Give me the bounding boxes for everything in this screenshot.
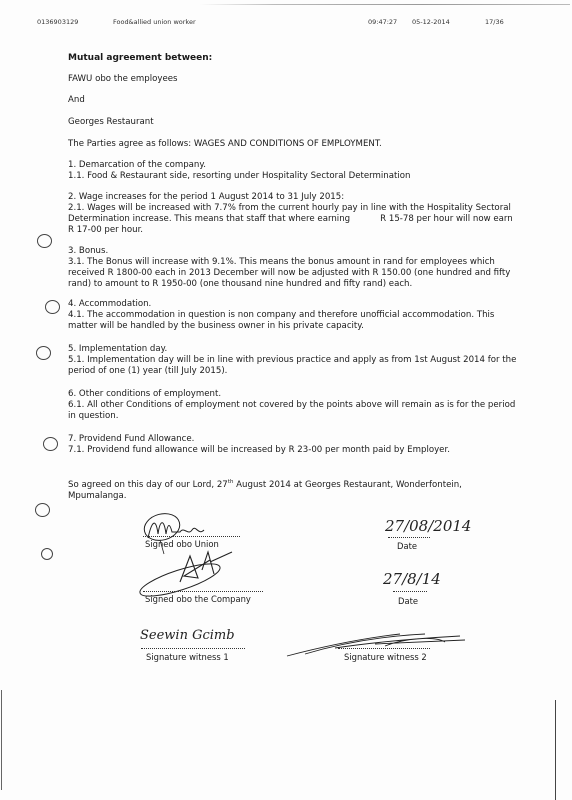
document-title: Mutual agreement between: [68,53,558,64]
witness-1-line [141,648,245,649]
fax-sender: Food&allied union worker [113,18,196,26]
section-5-heading: 5. Implementation day. [68,344,558,355]
section-2-heading: 2. Wage increases for the period 1 Augus… [68,192,558,203]
closing-statement: So agreed on this day of our Lord, 27th … [68,477,518,502]
company-signature-label: Signed obo the Company [145,594,251,604]
section-2-body: 2.1. Wages will be increased with 7.7% f… [68,203,518,237]
scan-edge-left [1,690,2,790]
section-1-body: 1.1. Food & Restaurant side, resorting u… [68,171,558,182]
punch-hole-circle [35,503,50,517]
date-line-2 [393,591,427,592]
section-3-heading: 3. Bonus. [68,246,558,257]
punch-hole-circle [37,234,52,248]
punch-hole-circle [45,300,60,314]
witness-1-handwriting: Seewin Gcimb [140,628,235,643]
handwritten-date-2: 27/8/14 [383,570,441,588]
party-1: FAWU obo the employees [68,74,558,85]
witness-1-label: Signature witness 1 [146,652,229,662]
punch-hole-circle [36,346,51,360]
date-label-2: Date [398,596,418,606]
handwritten-date-1: 27/08/2014 [385,517,471,535]
fax-header: 0136903129 Food&allied union worker 09:4… [0,15,572,29]
witness-2-line [338,648,430,649]
date-label-1: Date [397,541,417,551]
section-4-body: 4.1. The accommodation in question is no… [68,310,518,332]
date-line-1 [388,537,430,538]
section-1-heading: 1. Demarcation of the company. [68,160,558,171]
section-3-body: 3.1. The Bonus will increase with 9.1%. … [68,257,518,291]
section-5-body: 5.1. Implementation day will be in line … [68,355,518,377]
section-6-body: 6.1. All other Conditions of employment … [68,400,518,422]
section-4-heading: 4. Accommodation. [68,299,558,310]
section-7-heading: 7. Providend Fund Allowance. [68,434,558,445]
section-7-body: 7.1. Providend fund allowance will be in… [68,445,558,456]
union-signature-line [143,536,240,537]
and-text: And [68,95,558,106]
scan-edge-line [200,4,570,5]
party-2: Georges Restaurant [68,117,558,128]
intro-text: The Parties agree as follows: WAGES AND … [68,139,558,150]
punch-hole-circle [43,437,58,451]
fax-date: 05-12-2014 [412,18,450,26]
fax-phone: 0136903129 [37,18,78,26]
fax-time: 09:47:27 [368,18,397,26]
scan-edge-right [555,700,556,800]
company-signature-line [143,591,263,592]
witness-2-label: Signature witness 2 [344,652,427,662]
fax-page: 17/36 [485,18,504,26]
punch-hole-circle [41,548,53,560]
section-6-heading: 6. Other conditions of employment. [68,389,558,400]
